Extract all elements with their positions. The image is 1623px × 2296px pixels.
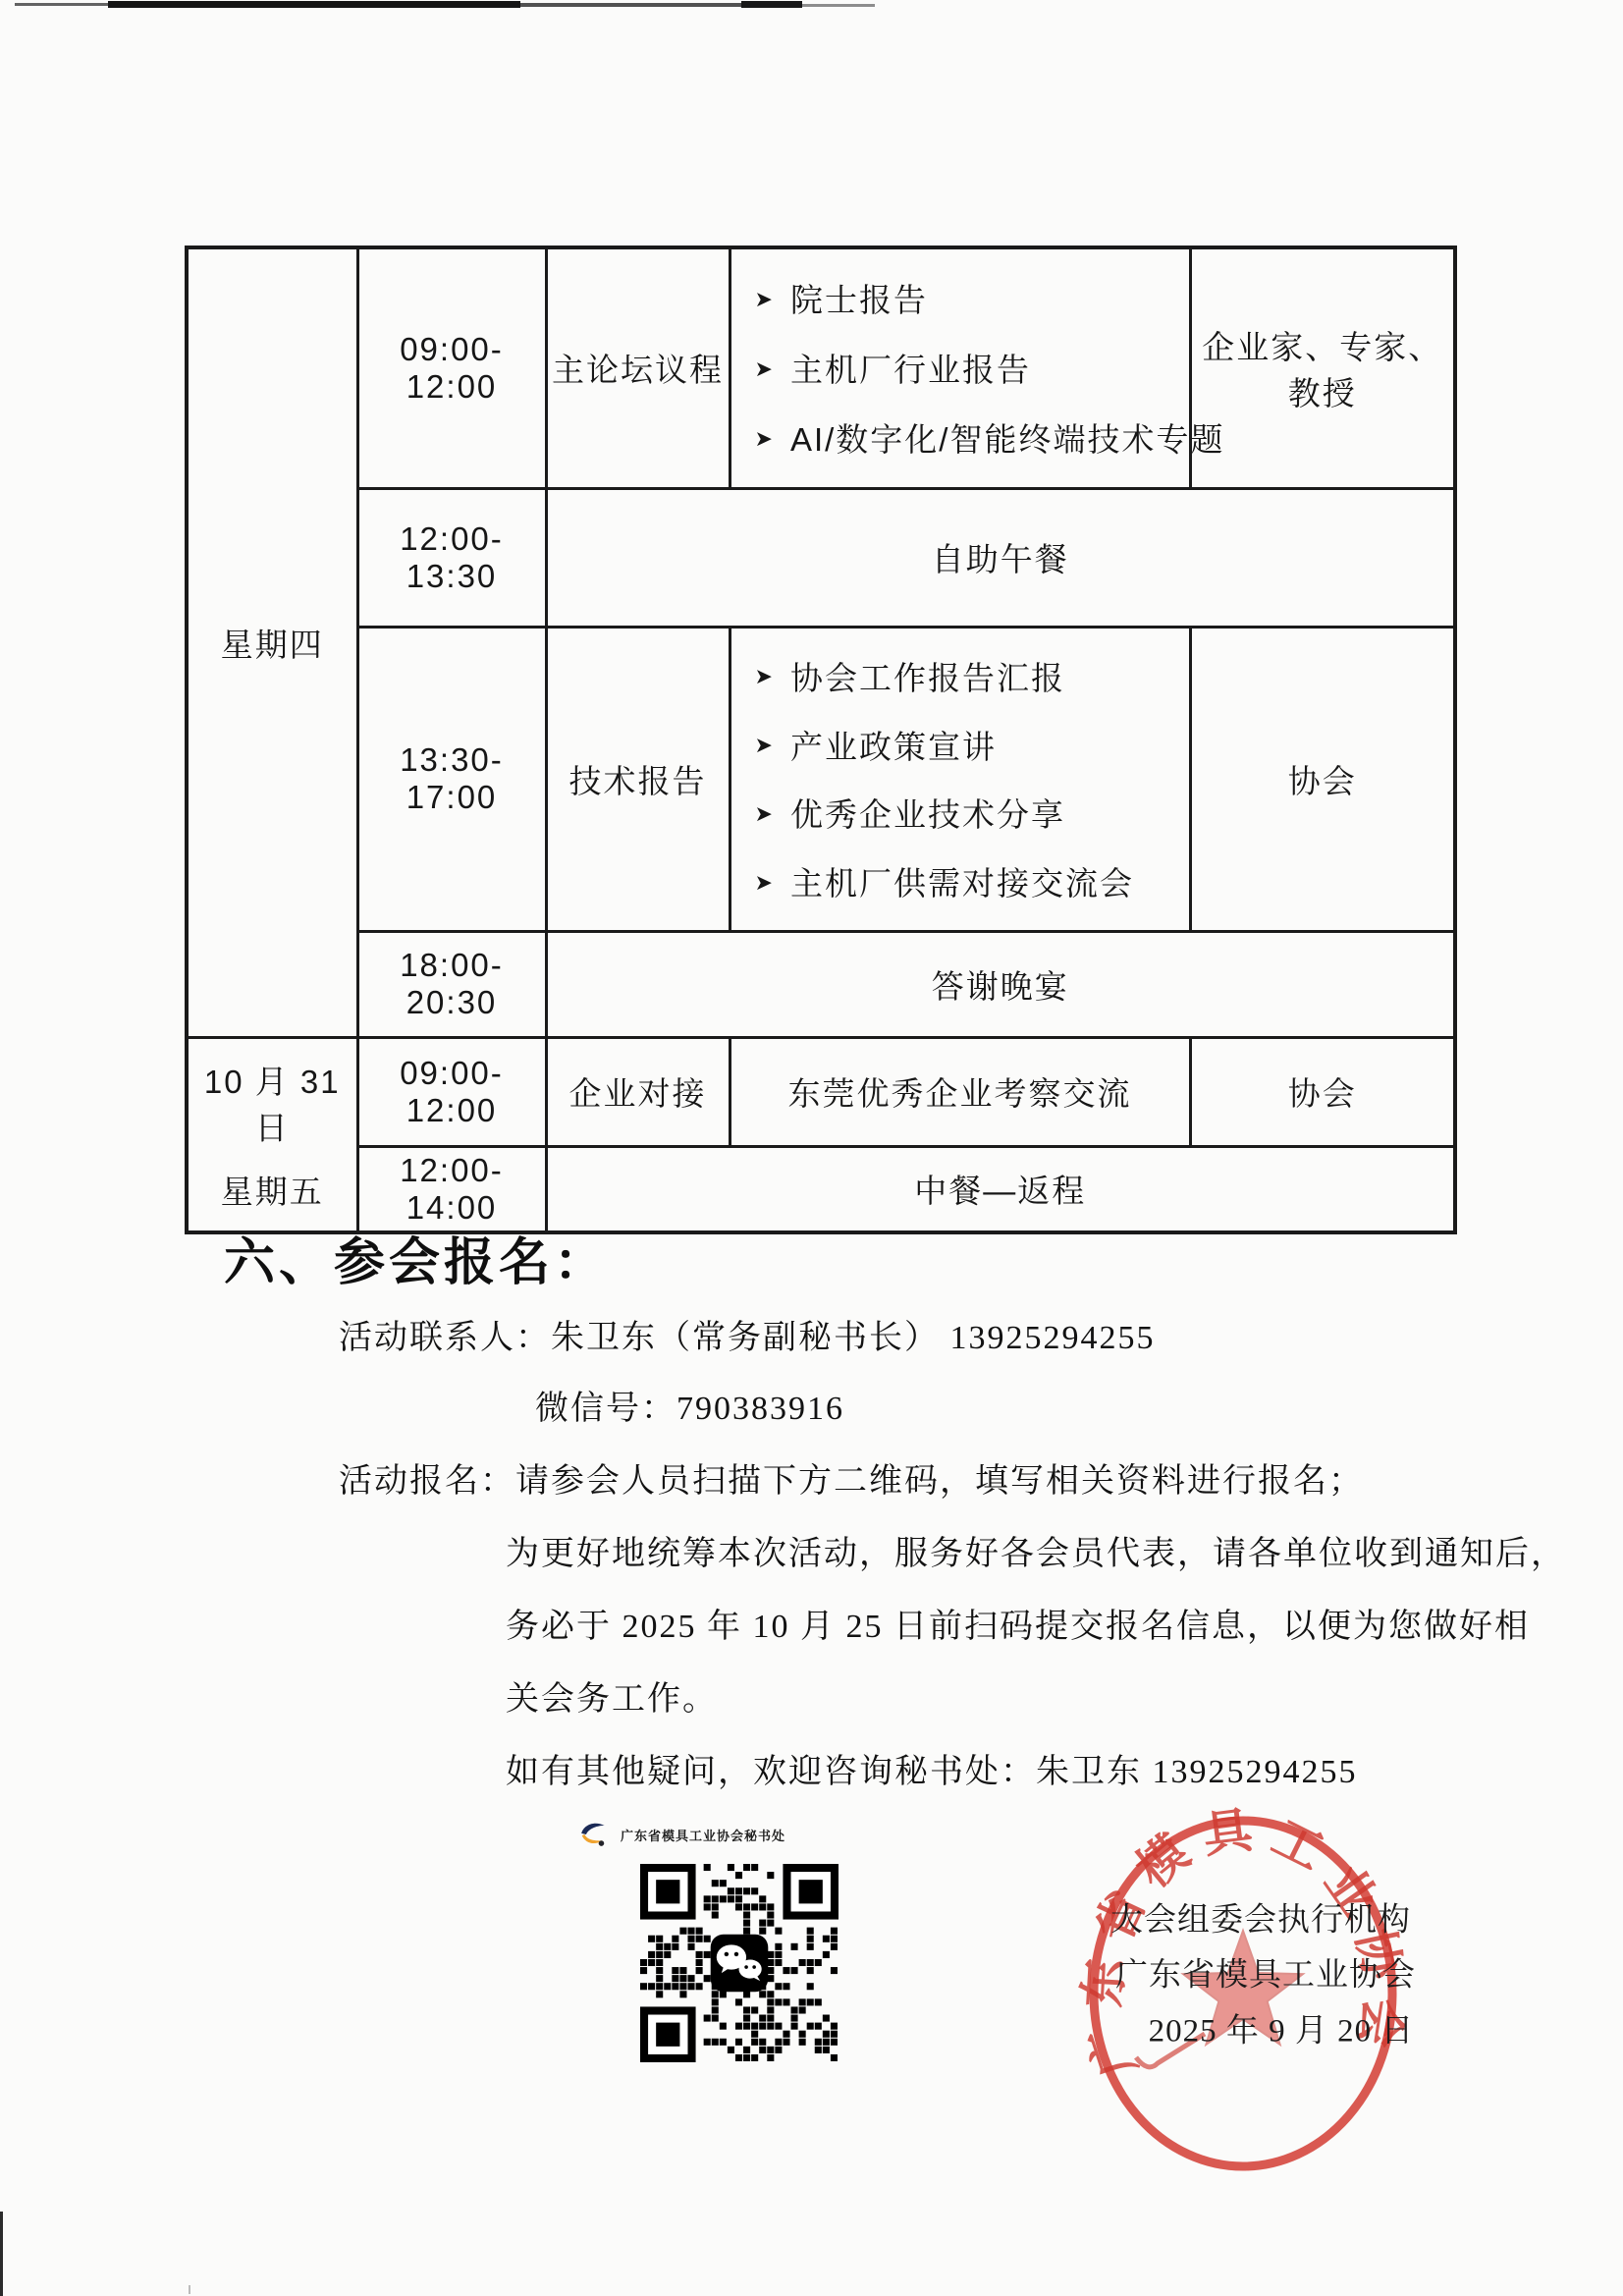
audience-cell: 企业家、专家、教授 [1190,247,1455,488]
day-cell-thursday: 星期四 [187,247,357,1037]
session-cell: 主论坛议程 [546,247,730,488]
schedule-table: 星期四 09:00-12:00 主论坛议程 ➤ 院士报告 ➤ 主机厂行业报告 ➤… [185,246,1457,1234]
table-row: 12:00-14:00 中餐—返程 [187,1146,1455,1231]
arrow-bullet-icon: ➤ [755,426,775,452]
time-cell: 18:00-20:30 [357,931,546,1037]
arrow-bullet-icon: ➤ [755,664,775,689]
arrow-bullet-icon: ➤ [755,733,775,758]
content-cell: ➤ 协会工作报告汇报 ➤ 产业政策宣讲 ➤ 优秀企业技术分享 ➤ 主机厂供需对接… [730,627,1190,931]
time-cell: 13:30-17:00 [357,627,546,931]
day-label: 星期五 [189,1167,356,1213]
agenda-item: ➤ AI/数字化/智能终端技术专题 [755,414,1225,461]
agenda-item: ➤ 协会工作报告汇报 [755,653,1065,699]
note-line-1: 为更好地统筹本次活动，服务好各会员代表，请各单位收到通知后， [506,1526,1566,1574]
agenda-item: ➤ 主机厂供需对接交流会 [755,858,1134,904]
agenda-item: ➤ 主机厂行业报告 [755,345,1031,391]
day-label: 星期四 [189,620,356,666]
merged-cell: 自助午餐 [546,488,1455,627]
stamp-line-association: 广东省模具工业协会 [1115,1949,1416,1995]
registration-line: 活动报名：请参会人员扫描下方二维码，填写相关资料进行报名； [339,1453,1364,1502]
agenda-item-label: 院士报告 [790,275,928,321]
qr-caption-label: 广东省模具工业协会秘书处 [621,1826,785,1844]
agenda-item: ➤ 院士报告 [755,275,928,321]
scan-artifact-tick [189,2285,190,2294]
agenda-item-label: 优秀企业技术分享 [790,790,1065,836]
note-line-2: 务必于 2025 年 10 月 25 日前扫码提交报名信息，以便为您做好相 [506,1599,1530,1647]
time-cell: 09:00-12:00 [357,1037,546,1146]
session-cell: 技术报告 [546,627,730,931]
day-label: 10 月 31 日 [189,1057,356,1149]
agenda-item: ➤ 产业政策宣讲 [755,722,997,768]
time-cell: 09:00-12:00 [357,247,546,488]
session-cell: 企业对接 [546,1037,730,1146]
agenda-item-label: 协会工作报告汇报 [790,653,1065,699]
agenda-item-label: 主机厂供需对接交流会 [790,858,1134,904]
table-row: 12:00-13:30 自助午餐 [187,488,1455,627]
wechat-icon [711,1935,769,1993]
merged-cell: 答谢晚宴 [546,931,1455,1037]
time-cell: 12:00-13:30 [357,488,546,627]
qr-code [640,1864,839,2062]
qr-code-image [640,1864,839,2062]
agenda-item-label: AI/数字化/智能终端技术专题 [790,414,1225,461]
scan-artifact-top [0,0,884,12]
contact-line: 活动联系人：朱卫东（常务副秘书长） 13925294255 [339,1310,1156,1358]
scan-artifact-left-edge [0,2212,3,2296]
qr-caption: 广东省模具工业协会秘书处 [577,1819,785,1850]
audience-cell: 协会 [1190,1037,1455,1146]
agenda-item: ➤ 优秀企业技术分享 [755,790,1065,836]
wechat-line: 微信号：790383916 [535,1381,844,1429]
arrow-bullet-icon: ➤ [755,801,775,827]
table-row: 10 月 31 日 星期五 09:00-12:00 企业对接 东莞优秀企业考察交… [187,1037,1455,1146]
table-row: 18:00-20:30 答谢晚宴 [187,931,1455,1037]
agenda-item-label: 主机厂行业报告 [790,345,1031,391]
section-title: 六、参会报名： [224,1221,609,1294]
agenda-item-label: 产业政策宣讲 [790,722,997,768]
arrow-bullet-icon: ➤ [755,287,775,312]
stamp-line-organizer: 大会组委会执行机构 [1110,1894,1411,1941]
table-row: 13:30-17:00 技术报告 ➤ 协会工作报告汇报 ➤ 产业政策宣讲 ➤ 优… [187,627,1455,931]
audience-cell: 协会 [1190,627,1455,931]
document-page: { "table": { "bullet": "➤", "thursday": … [0,0,1623,2296]
stamp-line-date: 2025 年 9 月 20 日 [1149,2005,1415,2051]
time-cell: 12:00-14:00 [357,1146,546,1231]
association-logo-icon [577,1819,611,1850]
table-row: 星期四 09:00-12:00 主论坛议程 ➤ 院士报告 ➤ 主机厂行业报告 ➤… [187,247,1455,488]
note-line-3: 关会务工作。 [506,1671,718,1720]
content-cell: 东莞优秀企业考察交流 [730,1037,1190,1146]
arrow-bullet-icon: ➤ [755,356,775,382]
arrow-bullet-icon: ➤ [755,870,775,896]
question-line: 如有其他疑问，欢迎咨询秘书处：朱卫东 13925294255 [506,1744,1358,1792]
merged-cell: 中餐—返程 [546,1146,1455,1231]
content-cell: ➤ 院士报告 ➤ 主机厂行业报告 ➤ AI/数字化/智能终端技术专题 [730,247,1190,488]
day-cell-friday: 10 月 31 日 星期五 [187,1037,357,1232]
